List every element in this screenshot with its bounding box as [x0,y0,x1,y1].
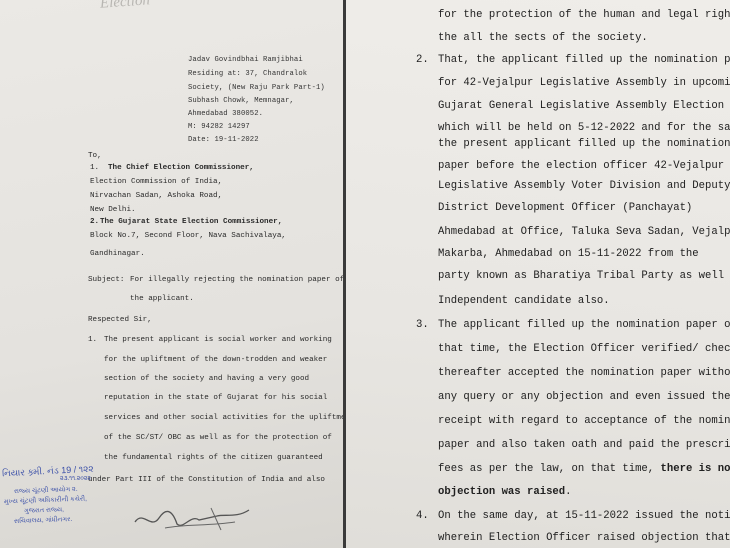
paragraph-line: The applicant filled up the nomination p… [438,319,730,331]
paragraph-line: thereafter accepted the nomination paper… [438,367,730,379]
intro-line: the all the sects of the society. [438,32,648,44]
inward-stamp-date: ૨૩.૧૧.૨૦૨૨ [60,476,91,483]
subject-line: the applicant. [130,295,194,303]
paragraph-number: 4. [416,510,429,522]
paragraph-line: receipt with regard to acceptance of the… [438,415,730,427]
recipient-title: The Gujarat State Election Commissioner, [100,218,282,226]
bold-emphasis: objection was raised [438,486,565,498]
paragraph-number: 2. [416,54,429,66]
recipient-line: Nirvachan Sadan, Ashoka Road, [90,192,222,200]
paragraph-line: any query or any objection and even issu… [438,391,730,403]
paragraph-line: Gujarat General Legislative Assembly Ele… [438,100,724,112]
period: . [565,486,571,498]
paragraph-line: of the SC/ST/ OBC as well as for the pro… [104,434,332,442]
sender-mobile: M: 94282 14297 [188,123,250,131]
salutation: Respected Sir, [88,316,152,324]
paragraph-line: Legislative Assembly Voter Division and … [438,180,730,192]
top-handwriting: Election [99,0,150,13]
recipient-number: 1. [90,164,99,172]
inward-stamp-office: ગુજરાત રાજ્ય, [24,506,64,515]
sender-address-line: Residing at: 37, Chandralok [188,70,307,78]
paragraph-line: reputation in the state of Gujarat for h… [104,394,327,402]
recipient-line: New Delhi. [90,206,136,214]
subject-label: Subject: [88,276,124,284]
paragraph-line: Makarba, Ahmedabad on 15-11-2022 from th… [438,248,699,260]
paragraph-line: Independent candidate also. [438,295,610,307]
right-document-page: for the protection of the human and lega… [346,0,730,548]
paragraph-line: paper and also taken oath and paid the p… [438,439,730,451]
inward-stamp-office: રાજ્ય ચૂંટણી આયોગ ૨. [14,486,78,496]
subject-line: For illegally rejecting the nomination p… [130,276,344,284]
paragraph-line: which will be held on 5-12-2022 and for … [438,122,730,134]
sender-address-line: Subhash Chowk, Memnagar, [188,97,294,105]
to-label: To, [88,152,102,160]
paragraph-line: services and other social activities for… [104,414,344,422]
paragraph-line: fees as per the law, on that time, there… [438,463,730,475]
inward-stamp-office: સચિવાલય, ગાંધીનગર. [14,516,73,526]
paragraph-line: that time, the Election Officer verified… [438,343,730,355]
paragraph-line: objection was raised. [438,486,572,498]
paragraph-line: the present applicant filled up the nomi… [438,138,730,150]
paragraph-number: 3. [416,319,429,331]
sender-address-line: Ahmedabad 380052. [188,110,263,118]
paragraph-line: On the same day, at 15-11-2022 issued th… [438,510,730,522]
recipient-title: The Chief Election Commissioner, [108,164,254,172]
paragraph-line: section of the society and having a very… [104,375,309,383]
intro-line: for the protection of the human and lega… [438,9,730,21]
bold-emphasis: there is no any [661,463,730,475]
sender-name: Jadav Govindbhai Ramjibhai [188,56,303,64]
paragraph-line: The present applicant is social worker a… [104,336,332,344]
letter-date: Date: 19-11-2022 [188,136,259,144]
paragraph-number: 1. [88,336,97,344]
paragraph-line: That, the applicant filled up the nomina… [438,54,730,66]
left-document-page: Election Jadav Govindbhai Ramjibhai Resi… [0,0,344,548]
sender-address-line: Society, (New Raju Park Part-1) [188,84,325,92]
paragraph-line: wherein Election Officer raised objectio… [438,532,730,544]
inward-stamp-office: મુખ્ય ચૂંટણી અધિકારીની કચેરી, [4,496,87,507]
recipient-line: Block No.7, Second Floor, Nava Sachivala… [90,232,286,240]
paragraph-line: for 42-Vejalpur Legislative Assembly in … [438,77,730,89]
recipient-line: Election Commission of India, [90,178,222,186]
signature-icon [125,500,255,540]
paragraph-line: under Part III of the Constitution of In… [88,476,325,484]
paragraph-line: the fundamental rights of the citizen gu… [104,454,323,462]
paragraph-line: for the upliftment of the down-trodden a… [104,356,327,364]
paragraph-line: party known as Bharatiya Tribal Party as… [438,270,730,282]
recipient-line: Gandhinagar. [90,250,145,258]
paragraph-text: fees as per the law, on that time, [438,463,654,475]
paragraph-line: Ahmedabad at Office, Taluka Seva Sadan, … [438,226,730,238]
paragraph-line: District Development Officer (Panchayat) [438,202,692,214]
paragraph-line: paper before the election officer 42-Vej… [438,160,724,172]
recipient-number: 2. [90,218,99,226]
